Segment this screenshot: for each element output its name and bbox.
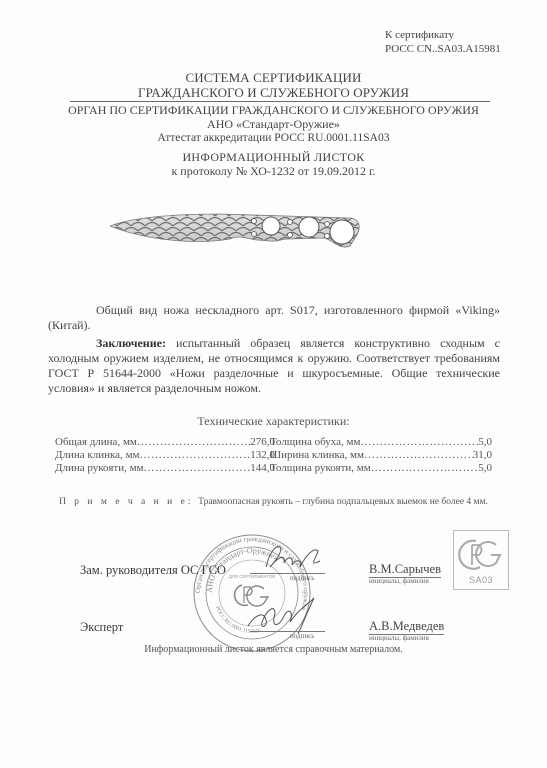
- knife-description: Общий вид ножа нескладного арт. S017, из…: [48, 303, 500, 333]
- spec-leader: ………………………………………………………: [371, 462, 479, 475]
- knife-illustration-icon: [110, 206, 360, 266]
- spec-row: Толщина обуха, мм………………………………………………………5,…: [270, 436, 492, 449]
- signature-1-icon: [258, 541, 328, 575]
- certificate-page: К сертификату РОСС CN..SA03.A15981 СИСТЕ…: [0, 0, 547, 768]
- rc-code: SA03: [454, 575, 508, 585]
- specs-title: Технические характеристики:: [0, 414, 547, 429]
- conclusion-label: Заключение:: [96, 336, 166, 350]
- spec-leader: ………………………………………………………: [144, 462, 251, 475]
- signature-caption: подпись: [290, 574, 314, 582]
- document-subtitle: к протоколу № ХО-1232 от 19.09.2012 г.: [0, 164, 547, 178]
- spec-value: 5,0: [478, 436, 492, 449]
- conclusion: Заключение: испытанный образец является …: [48, 336, 500, 396]
- spec-leader: ………………………………………………………: [364, 449, 473, 462]
- note-text: Травмоопасная рукоять – глубина подпальц…: [198, 497, 488, 507]
- spec-row: Толщина рукояти, мм…………………………………………………………: [270, 462, 492, 475]
- spec-label: Ширина клинка, мм: [270, 449, 364, 462]
- spec-leader: ………………………………………………………: [137, 436, 250, 449]
- spec-label: Длина клинка, мм: [55, 449, 140, 462]
- spec-label: Толщина обуха, мм: [270, 436, 360, 449]
- specs-left-column: Общая длина, мм………………………………………………………276,…: [55, 436, 275, 475]
- system-subtitle: ГРАЖДАНСКОГО И СЛУЖЕБНОГО ОРУЖИЯ: [0, 85, 547, 100]
- rc-conformity-mark: SA03: [453, 530, 509, 590]
- header-divider: [70, 101, 490, 102]
- spec-label: Общая длина, мм: [55, 436, 137, 449]
- signatory-role: Эксперт: [80, 620, 123, 635]
- spec-row: Длина рукояти, мм………………………………………………………14…: [55, 462, 275, 475]
- signature-2-icon: [244, 596, 324, 636]
- organization-name: АНО «Стандарт-Оружие»: [0, 117, 547, 131]
- spec-leader: ………………………………………………………: [140, 449, 251, 462]
- system-title: СИСТЕМА СЕРТИФИКАЦИИ: [0, 70, 547, 85]
- spec-value: 31,0: [473, 449, 492, 462]
- name-caption: инициалы, фамилия: [369, 577, 429, 585]
- certificate-ref-number: РОСС CN..SA03.A15981: [385, 42, 501, 56]
- specs-right-column: Толщина обуха, мм………………………………………………………5,…: [270, 436, 492, 475]
- accreditation: Аттестат аккредитации РОСС RU.0001.11SA0…: [0, 131, 547, 145]
- spec-row: Общая длина, мм………………………………………………………276,…: [55, 436, 275, 449]
- spec-leader: ………………………………………………………: [360, 436, 478, 449]
- certificate-reference: К сертификату РОСС CN..SA03.A15981: [385, 28, 501, 56]
- signature-caption: подпись: [290, 632, 314, 640]
- name-caption: инициалы, фамилия: [369, 634, 429, 642]
- signatory-name: В.М.Сарычев: [369, 562, 441, 578]
- note: П р и м е ч а н и е: Травмоопасная рукоя…: [0, 497, 547, 507]
- spec-row: Ширина клинка, мм………………………………………………………31…: [270, 449, 492, 462]
- spec-label: Длина рукояти, мм: [55, 462, 144, 475]
- document-title: ИНФОРМАЦИОННЫЙ ЛИСТОК: [0, 150, 547, 164]
- certification-body: ОРГАН ПО СЕРТИФИКАЦИИ ГРАЖДАНСКОГО И СЛУ…: [0, 103, 547, 117]
- footer-note: Информационный листок является справочны…: [0, 644, 547, 655]
- note-label: П р и м е ч а н и е:: [59, 497, 193, 507]
- signatory-role: Зам. руководителя ОС ГСО: [80, 563, 226, 578]
- spec-row: Длина клинка, мм………………………………………………………132…: [55, 449, 275, 462]
- spec-value: 5,0: [478, 462, 492, 475]
- rc-logo-icon: [458, 535, 506, 573]
- spec-label: Толщина рукояти, мм: [270, 462, 371, 475]
- certificate-ref-line1: К сертификату: [385, 28, 501, 42]
- signatory-name: А.В.Медведев: [369, 619, 444, 635]
